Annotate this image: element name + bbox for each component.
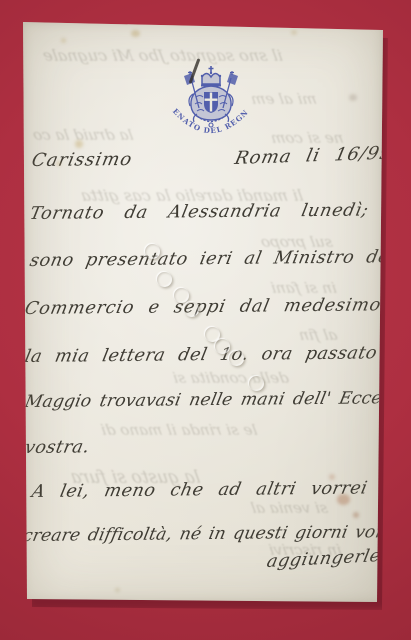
foxing-spot xyxy=(61,38,66,43)
blind-stamp-emboss xyxy=(249,376,264,391)
ghost-writing-line: in si fani xyxy=(269,279,338,297)
body-line: sono presentato ieri al Ministro del xyxy=(28,247,398,271)
body-line: vostra. xyxy=(23,437,91,458)
ghost-writing-line: si venia al xyxy=(249,499,329,517)
photo-background: il sno sagnato Jbo Mi cugnale mi al em l… xyxy=(0,0,411,640)
salutation: Carissimo xyxy=(30,149,134,171)
blind-stamp-emboss xyxy=(157,272,172,287)
ghost-writing-line: della condita si xyxy=(171,369,290,387)
foxing-spot xyxy=(115,588,120,592)
body-line: A lei, meno che ad altri vorrei xyxy=(30,478,369,502)
blind-stamp-emboss xyxy=(184,302,199,317)
body-line: Commercio e seppi dal medesimo che xyxy=(23,295,411,319)
blind-stamp-emboss xyxy=(229,351,244,366)
ghost-writing-line: le si rinda il mano di xyxy=(99,421,258,439)
foxing-spot xyxy=(131,30,140,37)
ghost-writing-line: al fin xyxy=(297,326,338,344)
blind-stamp-emboss xyxy=(174,288,189,303)
foxing-spot xyxy=(291,30,297,35)
ghost-writing-line: la druid la co xyxy=(31,126,134,144)
ghost-writing-line: mi al em xyxy=(249,90,318,108)
stain-spot xyxy=(337,494,350,505)
foxing-spot xyxy=(75,140,83,148)
senato-del-regno-crest: SENATO DEL REGNO xyxy=(165,64,257,152)
body-line: Maggio trovavasi nelle mani dell' Eccell… xyxy=(23,388,411,412)
stain-spot xyxy=(353,512,359,518)
body-line: creare difficoltà, né in questi giorni v… xyxy=(21,522,410,546)
ghost-writing-line: il sno sagnato Jbo Mi cugnale xyxy=(41,46,284,65)
blind-stamp-emboss xyxy=(215,339,230,354)
blind-stamp-emboss xyxy=(145,244,160,259)
foxing-spot xyxy=(349,94,357,101)
dateline: Roma li 16/99 xyxy=(233,143,395,169)
letter-paper: il sno sagnato Jbo Mi cugnale mi al em l… xyxy=(23,22,383,602)
stain-spot xyxy=(329,474,335,480)
body-line: Tornato da Alessandria lunedì; mi xyxy=(28,200,411,224)
body-line: la mia lettera del 1o. ora passato xyxy=(23,343,379,367)
foxing-spot xyxy=(56,161,61,166)
